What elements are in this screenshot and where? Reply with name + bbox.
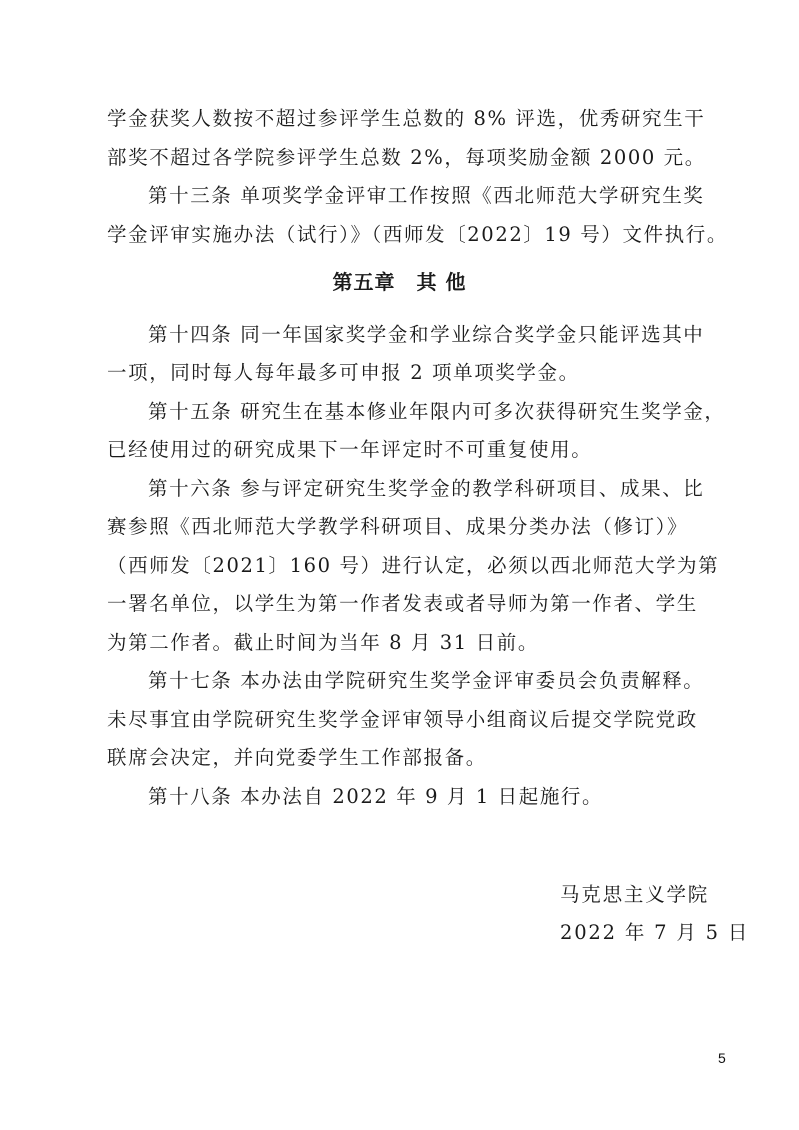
chapter-heading: 第五章 其 他 — [0, 270, 799, 294]
signature-org: 马克思主义学院 — [560, 883, 709, 907]
paragraph-line: 赛参照《西北师范大学教学科研项目、成果分类办法（修订）》 — [107, 515, 707, 539]
paragraph-line: 一项，同时每人每年最多可申报 2 项单项奖学金。 — [107, 361, 707, 385]
page-number: 5 — [718, 1050, 726, 1066]
document-page: 学金获奖人数按不超过参评学生总数的 8% 评选，优秀研究生干 部奖不超过各学院参… — [0, 0, 799, 1130]
article-15-line: 第十五条 研究生在基本修业年限内可多次获得研究生奖学金， — [148, 400, 748, 424]
paragraph-line: 学金获奖人数按不超过参评学生总数的 8% 评选，优秀研究生干 — [107, 107, 707, 131]
paragraph-line: 部奖不超过各学院参评学生总数 2%，每项奖励金额 2000 元。 — [107, 146, 707, 170]
article-14-line: 第十四条 同一年国家奖学金和学业综合奖学金只能评选其中 — [148, 323, 748, 347]
article-18-line: 第十八条 本办法自 2022 年 9 月 1 日起施行。 — [148, 785, 748, 809]
paragraph-line: 为第二作者。截止时间为当年 8 月 31 日前。 — [107, 631, 707, 655]
article-16-line: 第十六条 参与评定研究生奖学金的教学科研项目、成果、比 — [148, 477, 748, 501]
paragraph-line: 学金评审实施办法（试行）》（西师发〔2022〕19 号）文件执行。 — [107, 223, 707, 247]
paragraph-line: 一署名单位，以学生为第一作者发表或者导师为第一作者、学生 — [107, 592, 707, 616]
paragraph-line: 联席会决定，并向党委学生工作部报备。 — [107, 746, 707, 770]
paragraph-line: 未尽事宜由学院研究生奖学金评审领导小组商议后提交学院党政 — [107, 708, 707, 732]
signature-date: 2022 年 7 月 5 日 — [560, 921, 749, 945]
article-13-line: 第十三条 单项奖学金评审工作按照《西北师范大学研究生奖 — [148, 184, 748, 208]
paragraph-line: （西师发〔2021〕160 号）进行认定，必须以西北师范大学为第 — [107, 554, 707, 578]
paragraph-line: 已经使用过的研究成果下一年评定时不可重复使用。 — [107, 438, 707, 462]
article-17-line: 第十七条 本办法由学院研究生奖学金评审委员会负责解释。 — [148, 669, 748, 693]
